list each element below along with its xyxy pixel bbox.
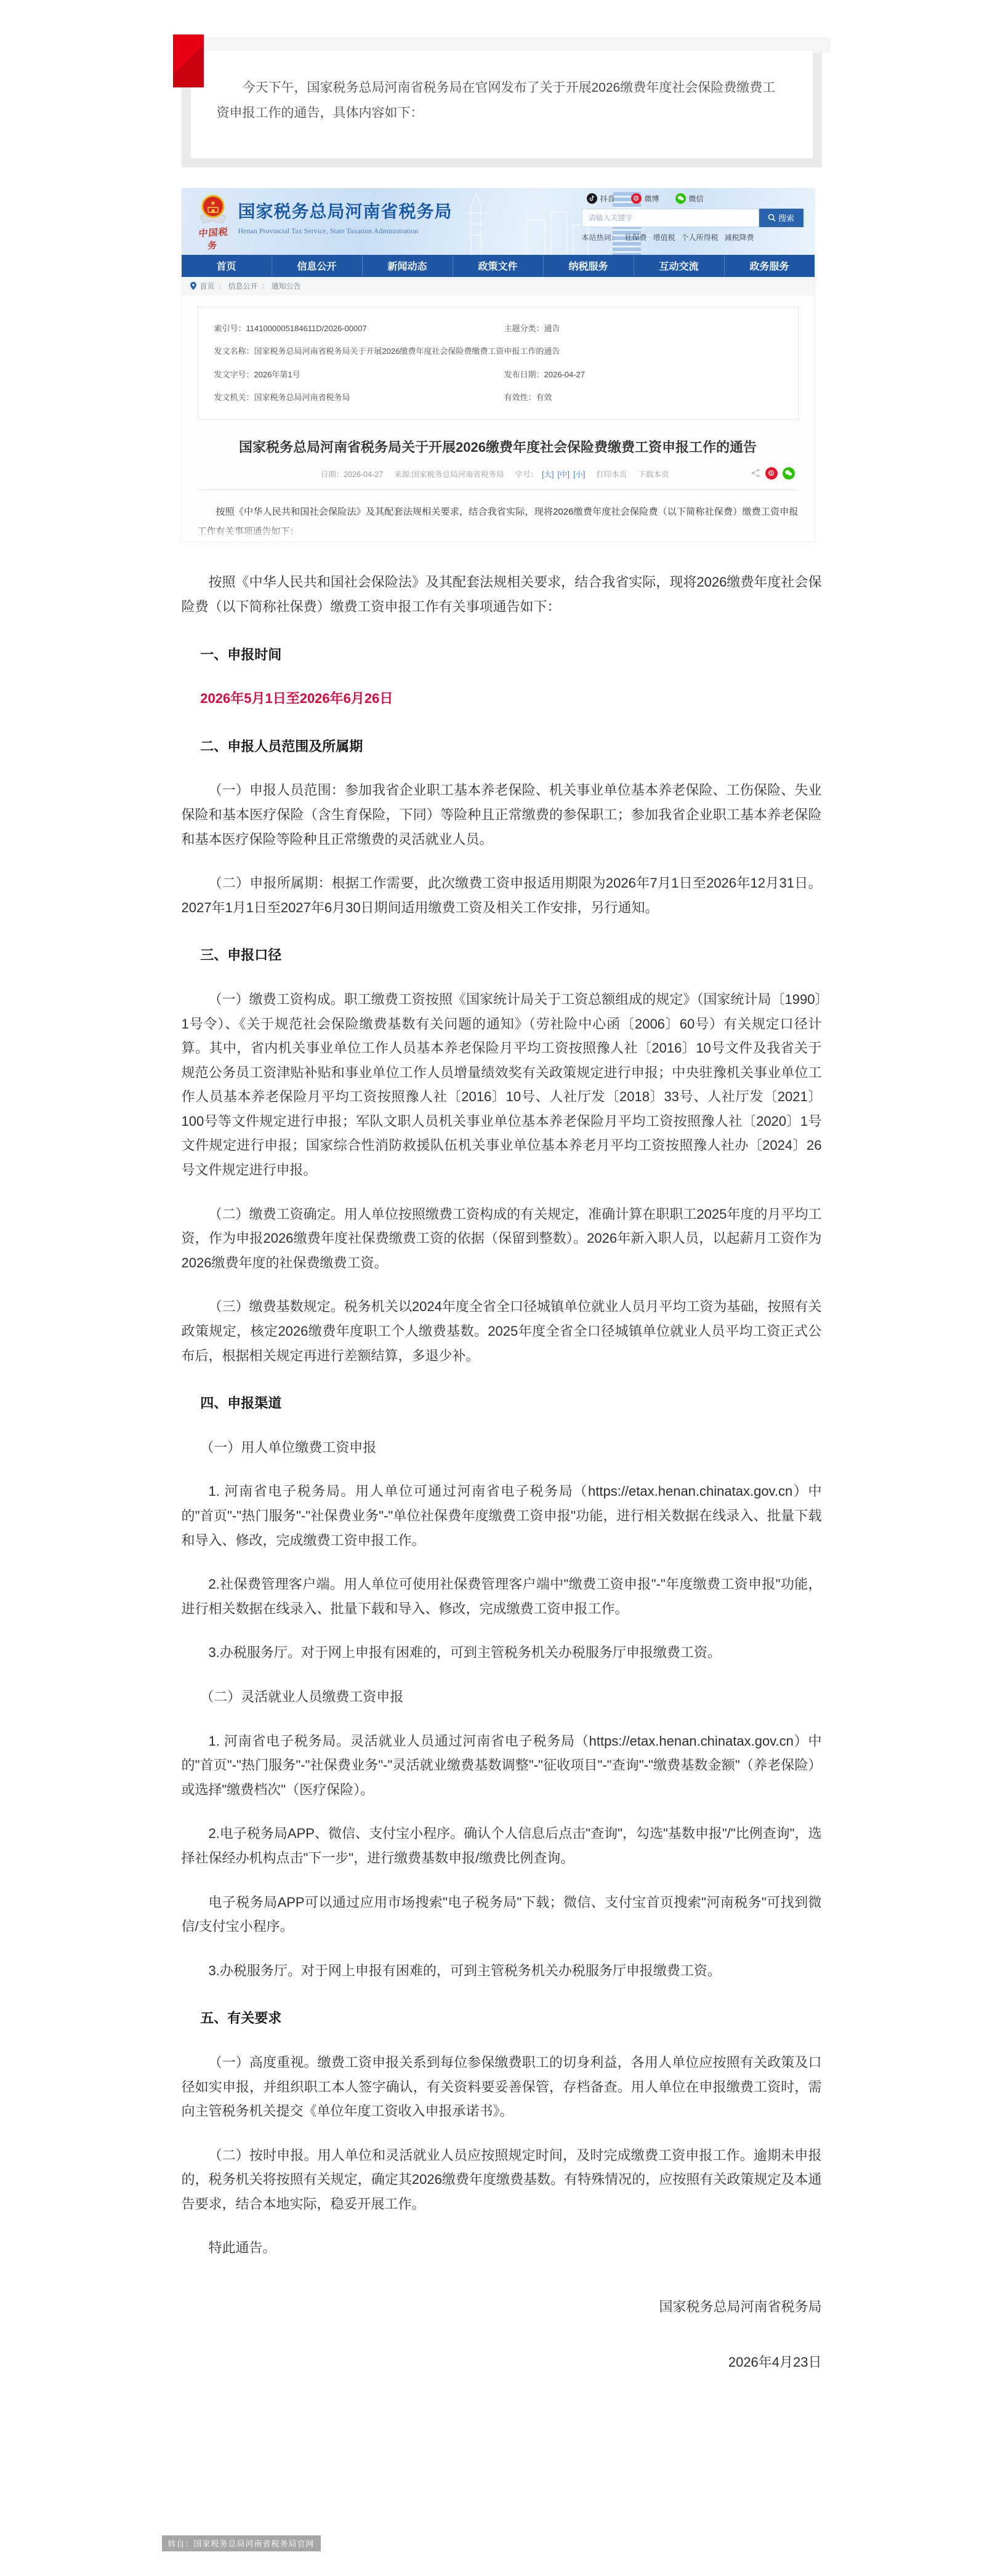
- article-paragraph: 电子税务局APP可以通过应用市场搜索"电子税务局"下载；微信、支付宝首页搜索"河…: [182, 1890, 822, 1939]
- wechat-link[interactable]: 微信: [675, 193, 704, 204]
- wechat-icon: [675, 193, 686, 204]
- section-4-heading: 四、申报渠道: [182, 1391, 822, 1416]
- article-paragraph: 2.社保费管理客户端。用人单位可使用社保费管理客户端中"缴费工资申报"-"年度缴…: [182, 1572, 822, 1621]
- site-brand: ★ 中国税务 国家税务总局河南省税务局 Henan Provincial Tax…: [195, 195, 453, 252]
- signature-date: 2026年4月23日: [182, 2350, 822, 2375]
- article-paragraph: 1. 河南省电子税务局。灵活就业人员通过河南省电子税务局（https://eta…: [182, 1729, 822, 1802]
- meta-label: 索引号：: [214, 324, 246, 333]
- site-logo: ★ 中国税务: [195, 195, 231, 252]
- wechat-label: 微信: [689, 193, 704, 204]
- section-2-heading: 二、申报人员范围及所属期: [182, 734, 822, 759]
- search-button-label: 搜索: [778, 212, 794, 223]
- article-paragraph: 2.电子税务局APP、微信、支付宝小程序。确认个人信息后点击"查询"，勾选"基数…: [182, 1821, 822, 1870]
- breadcrumb: 首页 〉 信息公开 〉 通知公告: [182, 277, 815, 295]
- nav-item-tax-services[interactable]: 纳税服务: [543, 255, 634, 277]
- article-paragraph: （一）缴费工资构成。职工缴费工资按照《国家统计局关于工资总额组成的规定》（国家统…: [182, 987, 822, 1182]
- meta-value: 通告: [544, 324, 560, 333]
- signature-agency: 国家税务总局河南省税务局: [182, 2295, 822, 2319]
- article-body: 按照《中华人民共和国社会保险法》及其配套法规相关要求，结合我省实际，现将2026…: [182, 570, 822, 2374]
- svg-text:★: ★: [209, 200, 216, 207]
- meta-label: 主题分类：: [504, 324, 544, 333]
- subsection-heading: （二）灵活就业人员缴费工资申报: [182, 1685, 822, 1709]
- national-emblem-icon: ★: [197, 195, 229, 225]
- declaration-period-highlight: 2026年5月1日至2026年6月26日: [182, 686, 822, 711]
- screenshot-bottom-fade: [182, 526, 815, 542]
- search-button[interactable]: 搜索: [759, 209, 804, 227]
- publish-date: 日期：2026-04-27: [321, 468, 383, 479]
- hotwords-row: 本站热词： 社保费 增值税 个人所得税 减税降费: [582, 232, 804, 243]
- meta-label: 发文字号：: [214, 370, 254, 379]
- font-size-label: 字号：: [515, 468, 539, 479]
- search-input[interactable]: [582, 209, 759, 227]
- banner-utilities: 抖音 微博 微信: [582, 193, 804, 243]
- site-banner: ★ 中国税务 国家税务总局河南省税务局 Henan Provincial Tax…: [182, 188, 815, 255]
- nav-item-policy-documents[interactable]: 政策文件: [453, 255, 543, 277]
- download-page-button[interactable]: 下载本页: [638, 468, 669, 479]
- share-weibo-icon[interactable]: [765, 467, 778, 479]
- intro-quote-block: 今天下午，国家税务总局河南省税务局在官网发布了关于开展2026缴费年度社会保险费…: [182, 42, 822, 167]
- meta-value: 2026年第1号: [254, 370, 300, 379]
- location-pin-icon: [190, 282, 196, 290]
- nav-item-info-disclosure[interactable]: 信息公开: [272, 255, 362, 277]
- share-wechat-icon[interactable]: [783, 467, 795, 479]
- meta-value: 2026-04-27: [544, 370, 586, 379]
- meta-value: 国家税务总局河南省税务局关于开展2026缴费年度社会保险费缴费工资申报工作的通告: [254, 347, 560, 356]
- font-size-large-button[interactable]: [大]: [542, 468, 554, 479]
- article-paragraph: （二）申报所属期：根据工作需要，此次缴费工资申报适用期限为2026年7月1日至2…: [182, 871, 822, 920]
- social-links: 抖音 微博 微信: [582, 193, 804, 204]
- article-paragraph: 3.办税服务厅。对于网上申报有困难的，可到主管税务机关办税服务厅申报缴费工资。: [182, 1640, 822, 1665]
- breadcrumb-separator: 〉: [219, 281, 225, 291]
- breadcrumb-notices[interactable]: 通知公告: [272, 281, 301, 291]
- hotword-jianshuijiangfei[interactable]: 减税降费: [725, 232, 754, 243]
- site-name-en: Henan Provincial Tax Service, State Taxa…: [238, 227, 453, 236]
- weibo-label: 微博: [645, 193, 659, 204]
- article-paragraph: （三）缴费基数规定。税务机关以2024年度全省全口径城镇单位就业人员月平均工资为…: [182, 1294, 822, 1368]
- subsection-heading: （一）用人单位缴费工资申报: [182, 1435, 822, 1460]
- page-content: 今天下午，国家税务总局河南省税务局在官网发布了关于开展2026缴费年度社会保险费…: [182, 0, 822, 2576]
- site-title-group: 国家税务总局河南省税务局 Henan Provincial Tax Servic…: [238, 195, 453, 236]
- meta-publish-date: 发布日期：2026-04-27: [504, 363, 782, 387]
- douyin-link[interactable]: 抖音: [587, 193, 615, 204]
- breadcrumb-separator: 〉: [262, 281, 268, 291]
- weibo-link[interactable]: 微博: [631, 193, 659, 204]
- hotwords-label: 本站热词：: [582, 232, 619, 243]
- meta-validity: 有效性：有效: [504, 386, 782, 409]
- meta-issuing-agency: 发文机关：国家税务总局河南省税务局: [214, 386, 492, 409]
- document-page: 索引号：1141000005184611D/2026-00007 主题分类：通告…: [182, 295, 815, 542]
- font-size-medium-button[interactable]: [中]: [557, 468, 569, 479]
- section-3-heading: 三、申报口径: [182, 943, 822, 968]
- meta-value: 国家税务总局河南省税务局: [254, 393, 350, 402]
- section-1-heading: 一、申报时间: [182, 643, 822, 667]
- intro-text: 今天下午，国家税务总局河南省税务局在官网发布了关于开展2026缴费年度社会保险费…: [217, 76, 784, 126]
- meta-document-number: 发文字号：2026年第1号: [214, 363, 492, 387]
- china-tax-seal-text: 中国税务: [194, 225, 232, 253]
- site-search: 搜索: [582, 209, 804, 227]
- meta-label: 发布日期：: [504, 370, 544, 379]
- source-credit-badge: 转自：国家税务总局河南省税务局官网: [162, 2535, 321, 2551]
- article-paragraph: （一）申报人员范围：参加我省企业职工基本养老保险、机关事业单位基本养老保险、工伤…: [182, 778, 822, 851]
- douyin-icon: [587, 193, 597, 204]
- article-paragraph: （二）缴费工资确定。用人单位按照缴费工资构成的有关规定，准确计算在职职工2025…: [182, 1202, 822, 1275]
- section-5-heading: 五、有关要求: [182, 2006, 822, 2031]
- article-paragraph: 1. 河南省电子税务局。用人单位可通过河南省电子税务局（https://etax…: [182, 1479, 822, 1552]
- source: 来源:国家税务总局河南省税务局: [394, 468, 504, 479]
- article-paragraph: 按照《中华人民共和国社会保险法》及其配套法规相关要求，结合我省实际，现将2026…: [182, 570, 822, 619]
- main-navigation: 首页 信息公开 新闻动态 政策文件 纳税服务 互动交流 政务服务: [182, 255, 815, 277]
- meta-index-number: 索引号：1141000005184611D/2026-00007: [214, 317, 492, 340]
- meta-label: 发文名称：: [214, 347, 254, 356]
- document-meta-table: 索引号：1141000005184611D/2026-00007 主题分类：通告…: [198, 307, 799, 420]
- share-buttons: [751, 467, 795, 479]
- article-paragraph: （一）高度重视。缴费工资申报关系到每位参保缴费职工的切身利益，各用人单位应按照有…: [182, 2050, 822, 2124]
- nav-item-government-services[interactable]: 政务服务: [724, 255, 815, 277]
- share-icon[interactable]: [751, 468, 760, 478]
- hotword-gerensuodeshui[interactable]: 个人所得税: [682, 232, 719, 243]
- site-name-cn: 国家税务总局河南省税务局: [238, 198, 453, 223]
- document-info-bar: 日期：2026-04-27 来源:国家税务总局河南省税务局 字号： [大] [中…: [198, 468, 799, 479]
- breadcrumb-info-disclosure[interactable]: 信息公开: [228, 281, 258, 291]
- embedded-website-screenshot: ★ 中国税务 国家税务总局河南省税务局 Henan Provincial Tax…: [182, 188, 815, 542]
- search-icon: [768, 214, 776, 222]
- red-corner-ornament: [173, 34, 204, 87]
- divider: [198, 489, 799, 490]
- douyin-label: 抖音: [600, 193, 615, 204]
- meta-category: 主题分类：通告: [504, 317, 782, 340]
- font-size-small-button[interactable]: [小]: [573, 468, 585, 479]
- meta-label: 有效性：: [504, 393, 536, 402]
- nav-item-news[interactable]: 新闻动态: [362, 255, 453, 277]
- intro-inner-card: 今天下午，国家税务总局河南省税务局在官网发布了关于开展2026缴费年度社会保险费…: [191, 51, 813, 158]
- hotword-shebaofei[interactable]: 社保费: [625, 232, 647, 243]
- weibo-icon: [631, 193, 642, 204]
- nav-item-home[interactable]: 首页: [182, 255, 272, 277]
- meta-value: 1141000005184611D/2026-00007: [246, 324, 367, 333]
- print-page-button[interactable]: 打印本页: [596, 468, 627, 479]
- meta-document-name: 发文名称：国家税务总局河南省税务局关于开展2026缴费年度社会保险费缴费工资申报…: [214, 340, 782, 363]
- article-paragraph: 3.办税服务厅。对于网上申报有困难的，可到主管税务机关办税服务厅申报缴费工资。: [182, 1959, 822, 1983]
- breadcrumb-home[interactable]: 首页: [200, 281, 215, 291]
- nav-item-interaction[interactable]: 互动交流: [634, 255, 724, 277]
- meta-value: 有效: [536, 393, 552, 402]
- closing-line: 特此通告。: [182, 2236, 822, 2260]
- hotword-zengzhishui[interactable]: 增值税: [653, 232, 675, 243]
- meta-label: 发文机关：: [214, 393, 254, 402]
- document-title: 国家税务总局河南省税务局关于开展2026缴费年度社会保险费缴费工资申报工作的通告: [216, 437, 780, 457]
- article-paragraph: （二）按时申报。用人单位和灵活就业人员应按照规定时间，及时完成缴费工资申报工作。…: [182, 2143, 822, 2217]
